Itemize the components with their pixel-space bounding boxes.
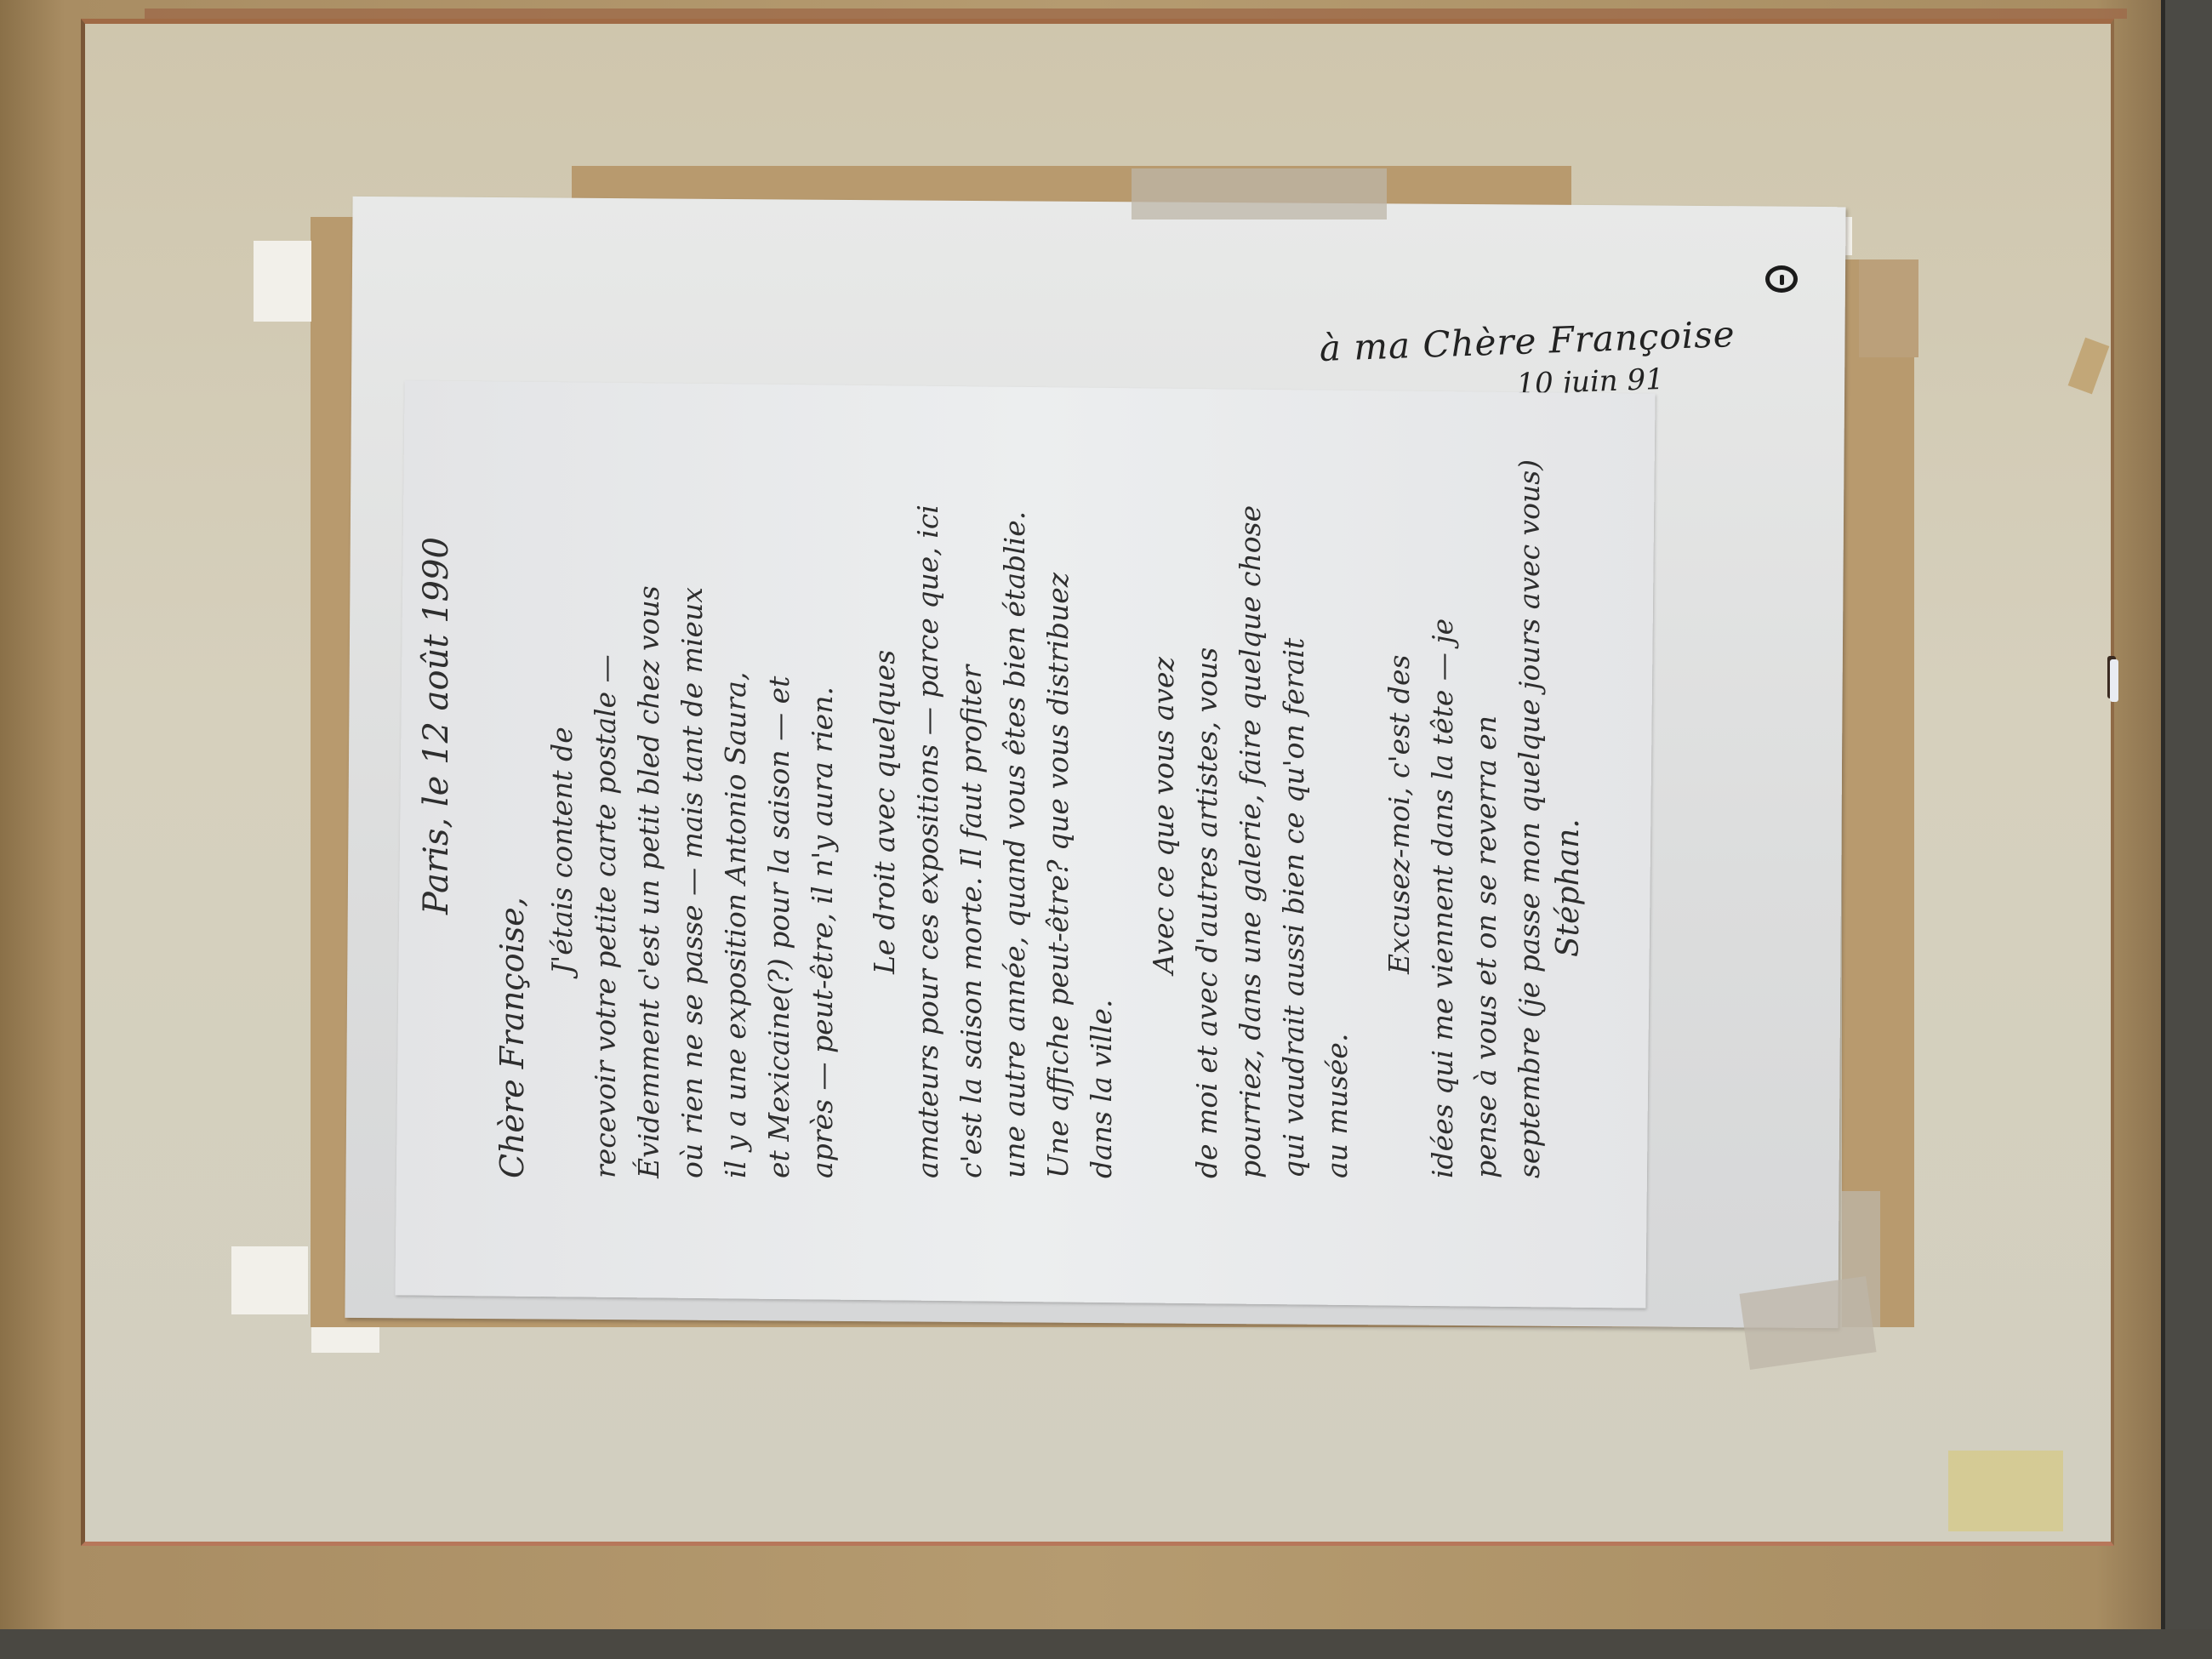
letter-line: après — peut-être, il n'y aura rien. bbox=[801, 387, 844, 1178]
letter-line: septembre (je passe mon quelque jours av… bbox=[1508, 387, 1551, 1178]
circled-mark-icon bbox=[1765, 265, 1798, 293]
torn-paper-edge bbox=[145, 9, 2127, 19]
letter-line: et Mexicaine(?) pour la saison — et bbox=[757, 387, 801, 1178]
mounting-tab bbox=[231, 1246, 308, 1314]
background-surface bbox=[0, 1629, 2212, 1659]
mounting-tab bbox=[311, 1327, 379, 1353]
nail-icon bbox=[2110, 659, 2118, 702]
letter-line: de moi et avec d'autres artistes, vous bbox=[1185, 387, 1229, 1178]
mounting-tab bbox=[254, 241, 311, 322]
letter-line: au musée. bbox=[1315, 387, 1359, 1178]
background-surface bbox=[2165, 0, 2212, 1659]
letter-line: c'est la saison morte. Il faut profiter bbox=[949, 387, 993, 1178]
letter-line: Le droit avec quelques bbox=[863, 387, 906, 974]
kraft-tape-strip bbox=[1842, 259, 1914, 1327]
stain bbox=[1948, 1451, 2063, 1531]
letter-body: Paris, le 12 août 1990 Chère Françoise, … bbox=[400, 387, 1642, 1280]
letter-line: Avec ce que vous avez bbox=[1142, 387, 1185, 974]
kraft-tape-strip bbox=[1859, 259, 1918, 357]
letter-line: Excusez-moi, c'est des bbox=[1377, 387, 1421, 974]
letter-line: recevoir votre petite carte postale — bbox=[584, 387, 627, 1178]
letter-line: idées qui me viennent dans la tête — je bbox=[1421, 387, 1464, 1178]
letter-place-date: Paris, le 12 août 1990 bbox=[417, 387, 468, 915]
letter-line: amateurs pour ces expositions — parce qu… bbox=[906, 387, 949, 1178]
masking-tape bbox=[1132, 168, 1387, 219]
letter-line: il y a une exposition Antonio Saura, bbox=[714, 387, 757, 1178]
letter-line: où rien ne se passe — mais tant de mieux bbox=[670, 387, 714, 1178]
letter-line: Évidemment c'est un petit bled chez vous bbox=[627, 387, 670, 1178]
letter-line: dans la ville. bbox=[1080, 387, 1123, 1178]
letter-line: J'étais content de bbox=[540, 387, 584, 974]
letter-signature: Stéphan. bbox=[1551, 387, 1586, 957]
letter-salutation: Chère Françoise, bbox=[493, 387, 540, 1178]
letter-line: une autre année, quand vous êtes bien ét… bbox=[993, 387, 1036, 1178]
letter-line: Une affiche peut-être? que vous distribu… bbox=[1036, 387, 1080, 1178]
letter-line: pense à vous et on se reverra en bbox=[1464, 387, 1508, 1178]
letter-line: qui vaudrait aussi bien ce qu'on ferait bbox=[1272, 387, 1315, 1178]
letter-line: pourriez, dans une galerie, faire quelqu… bbox=[1229, 387, 1272, 1178]
